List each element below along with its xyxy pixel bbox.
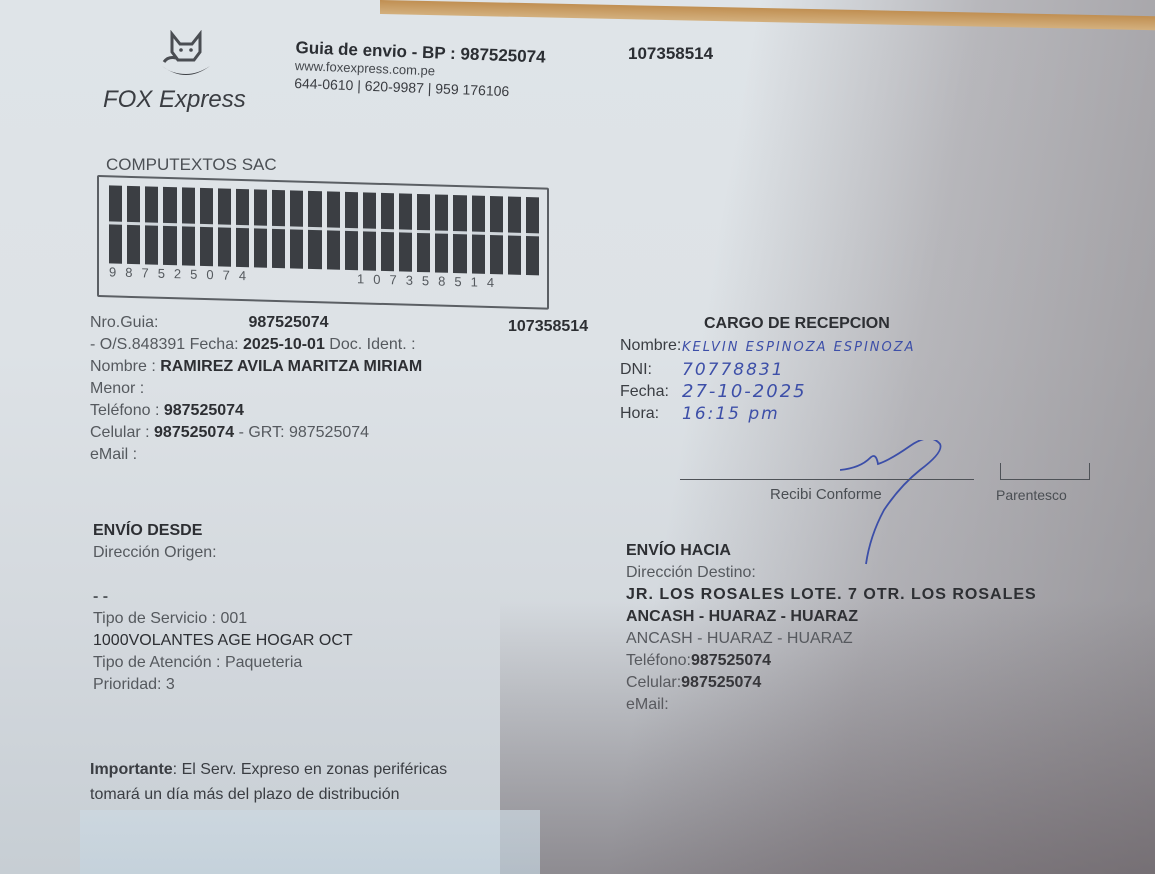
- barcode-bar: [236, 189, 249, 267]
- barcode-bar: [145, 186, 158, 264]
- cargo-dni-label: DNI:: [620, 359, 682, 381]
- guide-secondary-number: 107358514: [628, 44, 713, 64]
- barcode-bar: [218, 188, 231, 266]
- guide-header: Guia de envio - BP : 987525074 www.foxex…: [294, 38, 546, 101]
- barcode-bar: [109, 185, 122, 263]
- cargo-dni-handwritten: 70778831: [682, 359, 785, 381]
- menor-label: Menor :: [90, 380, 144, 397]
- cargo-title: CARGO DE RECEPCION: [620, 313, 916, 335]
- barcode-bar: [327, 191, 340, 269]
- fecha-label: Fecha:: [190, 336, 239, 353]
- barcode-bar: [272, 190, 285, 268]
- doc-ident-label: Doc. Ident. :: [329, 336, 415, 353]
- cargo-hora-handwritten: 16:15 pm: [682, 403, 780, 425]
- cargo-nombre-handwritten: KELVIN ESPINOZA ESPINOZA: [682, 335, 916, 359]
- recibi-conforme-label: Recibi Conforme: [770, 486, 882, 503]
- service-description: 1000VOLANTES AGE HOGAR OCT: [93, 630, 353, 652]
- barcode-bars: [109, 185, 539, 275]
- barcode-bar: [182, 187, 195, 265]
- barcode-bar: [508, 196, 521, 274]
- celular-label: Celular :: [90, 424, 150, 441]
- direccion-origen-label: Dirección Origen:: [93, 542, 353, 564]
- secondary-number: 107358514: [508, 318, 588, 336]
- barcode-bar: [472, 195, 485, 273]
- guide-details: Nro.Guia:987525074 - O/S.848391 Fecha: 2…: [90, 312, 422, 466]
- important-note: Importante: El Serv. Expreso en zonas pe…: [90, 757, 447, 807]
- barcode-bar: [417, 194, 430, 272]
- barcode-bar: [363, 192, 376, 270]
- cargo-fecha-label: Fecha:: [620, 381, 682, 403]
- paper-bottom-strip: [80, 810, 540, 874]
- cargo-hora-label: Hora:: [620, 403, 682, 425]
- barcode-bar: [127, 186, 140, 264]
- important-text-2: tomará un día más del plazo de distribuc…: [90, 782, 447, 807]
- barcode-bar: [345, 192, 358, 270]
- barcode-bar: [435, 194, 448, 272]
- barcode-bar: [163, 187, 176, 265]
- os-number: - O/S.848391: [90, 336, 185, 353]
- barcode-digits-left: 987525074: [109, 264, 255, 283]
- nro-guia-label: Nro.Guia:: [90, 314, 158, 331]
- telefono-label: Teléfono :: [90, 402, 159, 419]
- direccion-destino-label: Dirección Destino:: [626, 562, 1037, 584]
- prioridad: Prioridad: 3: [93, 674, 353, 696]
- barcode-bar: [526, 197, 539, 275]
- important-text-1: : El Serv. Expreso en zonas periféricas: [173, 761, 448, 778]
- important-label: Importante: [90, 761, 173, 778]
- fox-head-icon: [158, 30, 214, 82]
- barcode-bar: [290, 190, 303, 268]
- direccion-origen-value: - -: [93, 586, 353, 608]
- brand-name: FOX Express: [103, 86, 246, 114]
- barcode-bar: [308, 191, 321, 269]
- envio-desde-title: ENVÍO DESDE: [93, 520, 353, 542]
- email-label: eMail :: [90, 446, 137, 463]
- nro-guia-value: 987525074: [248, 314, 328, 331]
- parentesco-label: Parentesco: [996, 487, 1067, 503]
- barcode: 987525074 107358514: [97, 175, 549, 310]
- parentesco-box: [1000, 463, 1090, 480]
- tipo-servicio: Tipo de Servicio : 001: [93, 608, 353, 630]
- telefono-value: 987525074: [164, 402, 244, 419]
- cargo-fecha-handwritten: 27-10-2025: [682, 381, 807, 403]
- cargo-recepcion: CARGO DE RECEPCION Nombre:KELVIN ESPINOZ…: [620, 313, 916, 425]
- sender-company: COMPUTEXTOS SAC: [106, 155, 277, 175]
- barcode-bar: [399, 193, 412, 271]
- barcode-digits-right: 107358514: [357, 271, 503, 290]
- barcode-bar: [381, 193, 394, 271]
- recipient-name: RAMIREZ AVILA MARITZA MIRIAM: [160, 358, 422, 375]
- celular-value: 987525074: [154, 424, 234, 441]
- barcode-bar: [453, 195, 466, 273]
- envio-desde-section: ENVÍO DESDE Dirección Origen: - - Tipo d…: [93, 520, 353, 696]
- tipo-atencion: Tipo de Atención : Paqueteria: [93, 652, 353, 674]
- signature-line: [680, 479, 974, 480]
- nombre-label: Nombre :: [90, 358, 156, 375]
- shadow-overlay: [500, 600, 1155, 874]
- barcode-bar: [200, 188, 213, 266]
- grt-value: - GRT: 987525074: [239, 424, 369, 441]
- barcode-bar: [490, 196, 503, 274]
- barcode-bar: [254, 189, 267, 267]
- envio-hacia-title: ENVÍO HACIA: [626, 540, 1037, 562]
- cargo-nombre-label: Nombre:: [620, 335, 682, 359]
- fecha-value: 2025-10-01: [243, 336, 325, 353]
